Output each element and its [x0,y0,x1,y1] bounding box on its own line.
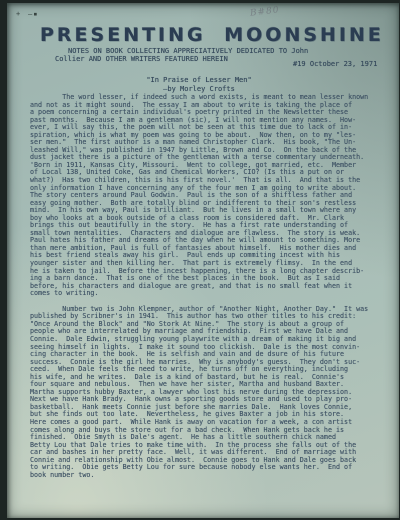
dedication: NOTES ON BOOK COLLECTING APPRECIATIVELY … [55,48,308,64]
pencil-mark: —▪ [28,11,38,18]
issue-date: #19 October 23, 1971 [293,60,377,68]
dedication-line-2: Collier AND OTHER WRITERS FEATURED HEREI… [55,56,308,64]
paragraph: Number two is John Klempner, author of "… [30,306,374,480]
essay-title: "In Praise of Lesser Men" [7,76,391,84]
pencil-mark: + [16,11,21,18]
newsletter-title: PRESENTING MOONSHINE [40,25,360,45]
handwritten-note: B#80 [250,5,281,19]
newsletter-paper: +—▪ B#80 PRESENTING MOONSHINE NOTES ON B… [7,3,399,518]
scanned-page: +—▪ B#80 PRESENTING MOONSHINE NOTES ON B… [0,0,400,520]
paragraph: The word lesser, if indeed such a word e… [30,94,374,298]
essay-byline: —by Morley Crofts [7,85,391,93]
article-body: The word lesser, if indeed such a word e… [30,94,374,487]
